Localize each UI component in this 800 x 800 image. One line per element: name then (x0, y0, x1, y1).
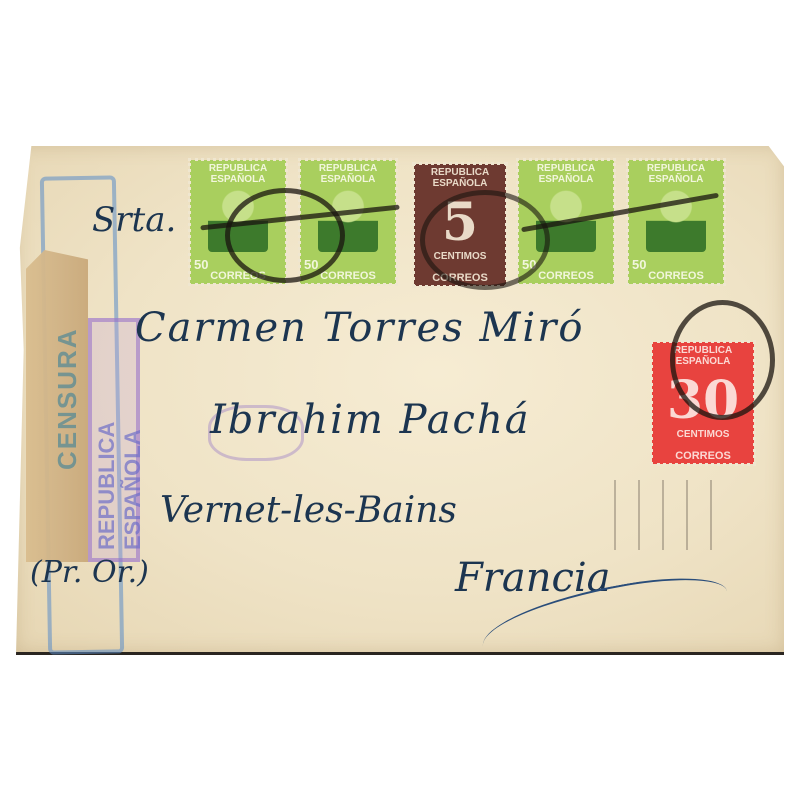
violet-cachet-text: REPUBLICA ESPAÑOLA (94, 320, 128, 550)
blue-cachet-text: CENSURA (52, 210, 92, 470)
department-line: (Pr. Or.) (30, 555, 149, 590)
postmark-2 (420, 190, 550, 290)
stamp-50c-green-4: REPUBLICA ESPAÑOLA 50 CORREOS (628, 160, 724, 284)
portrait (646, 182, 706, 252)
street-line: Ibrahim Pachá (210, 397, 531, 443)
recipient-name: Carmen Torres Miró (135, 305, 584, 351)
salutation: Srta. (92, 200, 176, 240)
machine-cancel-lines (600, 480, 720, 550)
postmark-3 (670, 300, 775, 420)
postmark-1 (225, 188, 345, 283)
city-line: Vernet-les-Bains (160, 490, 457, 531)
